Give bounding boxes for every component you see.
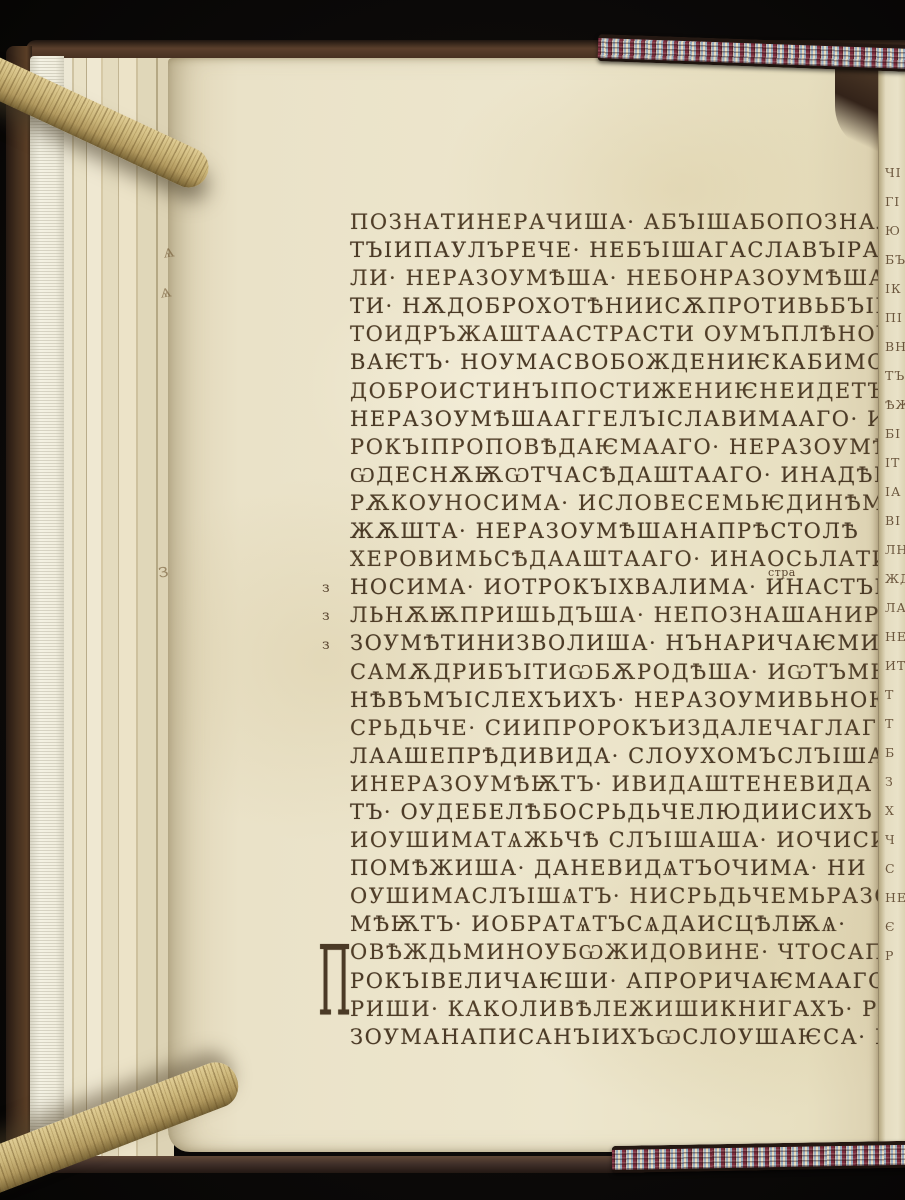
fore-edge-fragment: Б [885, 745, 895, 760]
manuscript-line: ИОУШИМАТѦЖЬЧѢ СЛЪІШАША· ИОЧИСИ [350, 828, 880, 856]
manuscript-line: РѪКОУНОСИМА· ИСЛОВЕСЕМЬѤДИНѢМЬДВИ [350, 491, 880, 519]
fore-edge-fragment: Ю [885, 223, 901, 238]
manuscript-line: ТЪІИПАУЛЪРЕЧЕ· НЕБЪІШАГАСЛАВЪІРАСПА [350, 238, 880, 266]
fore-edge-fragment: ЛН [885, 542, 905, 557]
initial-capital: П [318, 943, 351, 1020]
manuscript-line: ТИ· НѪДОБРОХОТѢНИИСѪПРОТИВЬБЪІВАѤ· [350, 294, 880, 322]
fore-edge-fragment: НЕ [885, 629, 905, 644]
manuscript-line: ЛААШЕПРѢДИВИДА· СЛОУХОМЪСЛЪІШАТ [350, 744, 880, 772]
manuscript-line: ЖѪШТА· НЕРАЗОУМѢШАНАПРѢСТОЛѢ [350, 519, 880, 547]
fore-edge-fragment: БІ [885, 426, 901, 441]
fore-edge-fragment: Х [885, 803, 895, 818]
fore-edge-fragment: Є [885, 919, 896, 934]
flyleaf-paper-edge [30, 56, 64, 1160]
fore-edge-fragment: ВІ [885, 513, 901, 528]
margin-mark: з [322, 637, 330, 653]
endband-bottom [612, 1141, 905, 1173]
manuscript-line: ОУШИМАСЛЪІШѦТЪ· НИСРЬДЬЧЕМЬРАЗОУ [350, 884, 880, 912]
manuscript-line: ТЪ· ОУДЕБЕЛѢБОСРЬДЬЧЕЛЮДИИСИХЪ [350, 800, 880, 828]
manuscript-line: ЛИ· НЕРАЗОУМѢША· НЕБОНРАЗОУМѢШАРАЧИ [350, 266, 880, 294]
fore-edge-fragment: БЪ [885, 252, 905, 267]
manuscript-line: РОКЪІПРОПОВѢДАѤМААГО· НЕРАЗОУМѢША [350, 435, 880, 463]
manuscript-line: ЗОУМАНАПИСАНЪІИХЪѠСЛОУШАѤСА· ИѠТРО [350, 1025, 880, 1053]
parchment-leaf-edges [64, 58, 174, 1156]
fore-edge-fragment: ѢЖ [885, 397, 905, 412]
book-cover-spine-edge [6, 46, 32, 1170]
margin-mark: з [322, 580, 330, 596]
fore-edge-fragment: ІТ [885, 455, 900, 470]
manuscript-line: ИНЕРАЗОУМѢѬТЪ· ИВИДАШТЕНЕВИДА [350, 772, 880, 800]
manuscript-line: МѢѬТЪ· ИОБРАТѦТЪСѦДАИСЦѢЛѬѦ· [350, 912, 880, 940]
fore-edge-fragment: ЛА [885, 600, 905, 615]
interlinear-note: стра [768, 566, 796, 579]
fore-edge-fragment: ІК [885, 281, 902, 296]
manuscript-page: ПОЗНАТИНЕРАЧИША· АБЪІШАБОПОЗНАЛИСВАТЪІИП… [168, 58, 878, 1152]
manuscript-line: ДОБРОИСТИНЪІПОСТИЖЕНИѤНЕИДЕТЪ· [350, 379, 880, 407]
manuscript-line: РИШИ· КАКОЛИВѢЛЕЖИШИКНИГАХЪ· РА [350, 997, 880, 1025]
manuscript-line: НѢВЪМЪІСЛЕХЪИХЪ· НЕРАЗОУМИВЬНОѤ [350, 688, 880, 716]
manuscript-line: ВАѤТЪ· НОУМАСВОБОЖДЕНИѤКАБИМО· НА [350, 350, 880, 378]
manuscript-line: ХЕРОВИМЬСѢДААШТААГО· ИНАОСЬЛАТИ [350, 547, 880, 575]
manuscript-line: СРЬДЬЧЕ· СИИПРОРОКЪИЗДАЛЕЧАГЛАГО [350, 716, 880, 744]
fore-edge-fragment: Т [885, 687, 894, 702]
fore-edge-fragment: ІА [885, 484, 901, 499]
manuscript-line: ТОИДРЪЖАШТААСТРАСТИ ОУМЪПЛѢНОУБЪІ [350, 322, 880, 350]
fore-edge-fragment: ЧІ [885, 165, 902, 180]
book-cover-bottom-edge [40, 1156, 650, 1173]
manuscript-line: РОКЪІВЕЛИЧАѤШИ· АПРОРИЧАѤМААГОКО [350, 969, 880, 997]
margin-mark: з [322, 608, 330, 624]
fore-edge-fragment: ВН [885, 339, 905, 354]
fore-edge-fragment: ПІ [885, 310, 903, 325]
manuscript-line: ПОЗНАТИНЕРАЧИША· АБЪІШАБОПОЗНАЛИСВА [350, 210, 880, 238]
fore-edge-stack: ЧІГІЮБЪІКПІВНТЪѢЖБІІТІАВІЛНЖДЛАНЕИТТТБЗХ… [878, 64, 905, 1146]
text-block: ПОЗНАТИНЕРАЧИША· АБЪІШАБОПОЗНАЛИСВАТЪІИП… [350, 210, 880, 1053]
manuscript-line: ОВѢЖДЬМИНОУБѠЖИДОВИНЕ· ЧТОСАПРО [350, 940, 880, 968]
fore-edge-fragment: ИТ [885, 658, 905, 673]
fore-edge-fragment: З [885, 774, 894, 789]
manuscript-line: САМѪДРИБЪІТИѠБѪРОДѢША· ИѠТЪМЬ [350, 660, 880, 688]
fore-edge-fragment: ГІ [885, 194, 900, 209]
manuscript-photo: ПОЗНАТИНЕРАЧИША· АБЪІШАБОПОЗНАЛИСВАТЪІИП… [0, 0, 905, 1200]
fore-edge-fragment: Ч [885, 832, 896, 847]
manuscript-line: НЕРАЗОУМѢШААГГЕЛЪІСЛАВИМААГО· ИПРО [350, 407, 880, 435]
fore-edge-fragment: НЕ [885, 890, 905, 905]
manuscript-line: ЛЬНѪѬПРИШЬДЪША· НЕПОЗНАШАНИРА [350, 603, 880, 631]
fore-edge-fragment: ТЪ [885, 368, 905, 383]
fore-edge-fragment: Т [885, 716, 894, 731]
manuscript-line: НОСИМА· ИОТРОКЪІХВАЛИМА· ИНАСТЪІ [350, 575, 880, 603]
fore-edge-fragment: Р [885, 948, 894, 963]
fore-edge-fragment: ЖД [885, 571, 905, 586]
manuscript-line: ѠДЕСНѪѬѠТЧАСѢДАШТААГО· ИНАДѢВИЧОУ [350, 463, 880, 491]
manuscript-line: ЗОУМѢТИНИЗВОЛИША· НЪНАРИЧАѤМИ [350, 631, 880, 659]
manuscript-line: ПОМѢЖИША· ДАНЕВИДѦТЪОЧИМА· НИ [350, 856, 880, 884]
fore-edge-fragment: С [885, 861, 896, 876]
